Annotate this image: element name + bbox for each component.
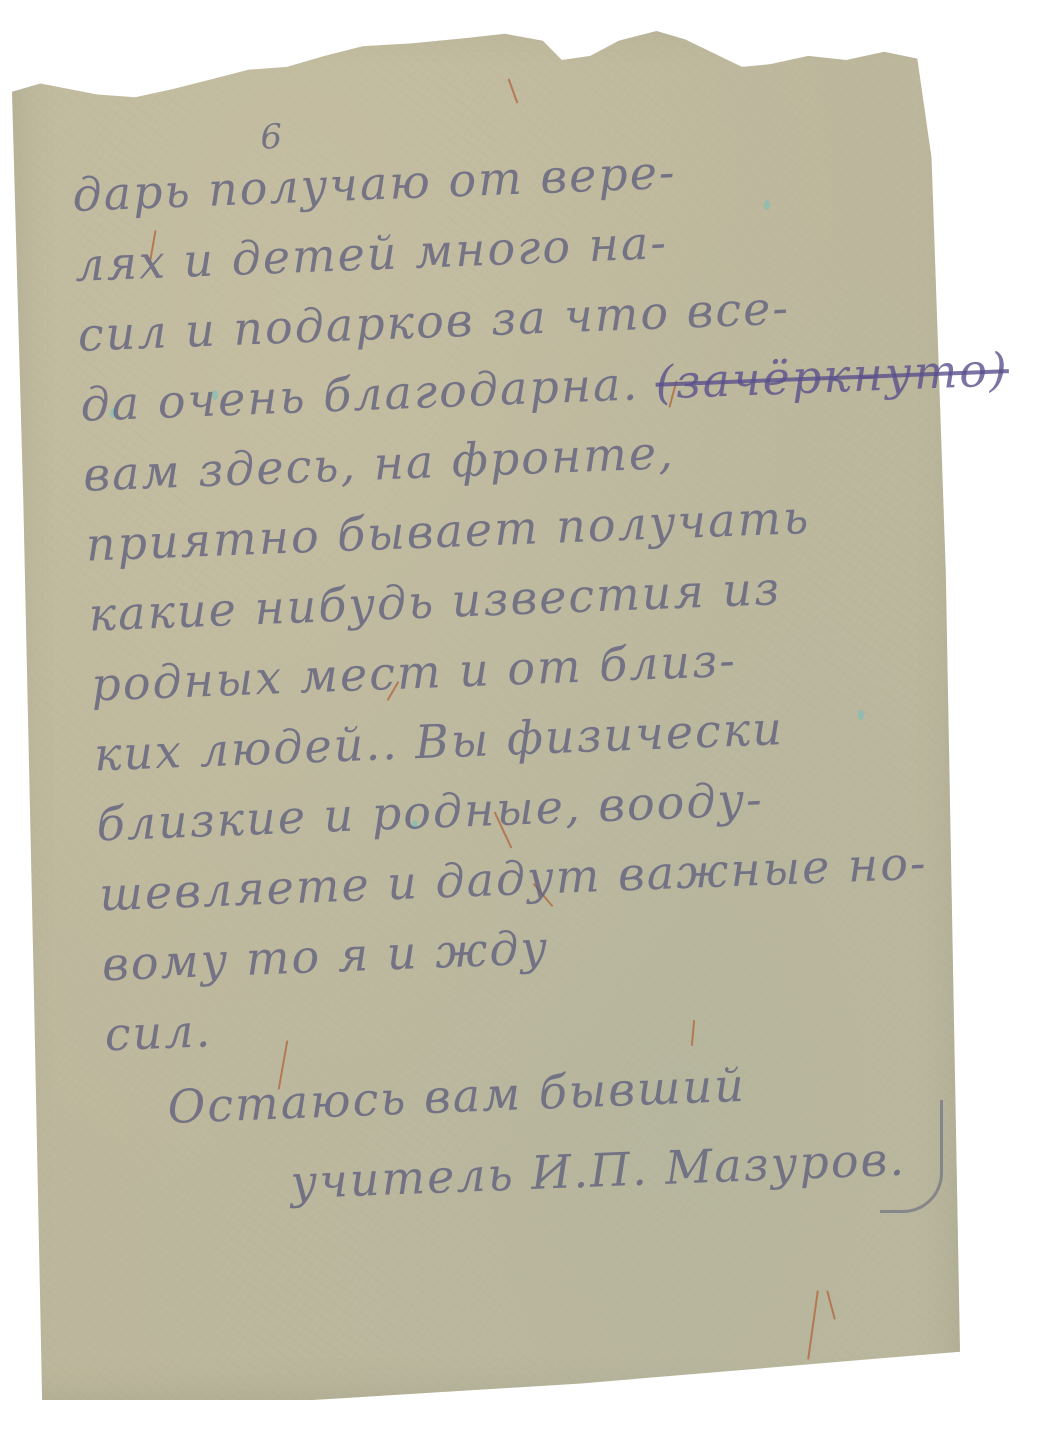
signature-flourish	[880, 1100, 943, 1213]
paper-fiber	[508, 78, 519, 103]
handwritten-text: 6 дарь получаю от вере- лях и детей мног…	[70, 96, 992, 1229]
paper-fiber	[807, 1290, 819, 1360]
paper-fiber	[826, 1290, 836, 1319]
text-segment: да очень благодарна.	[80, 356, 640, 431]
struck-out-word: (зачёркнуто)	[655, 342, 1010, 410]
